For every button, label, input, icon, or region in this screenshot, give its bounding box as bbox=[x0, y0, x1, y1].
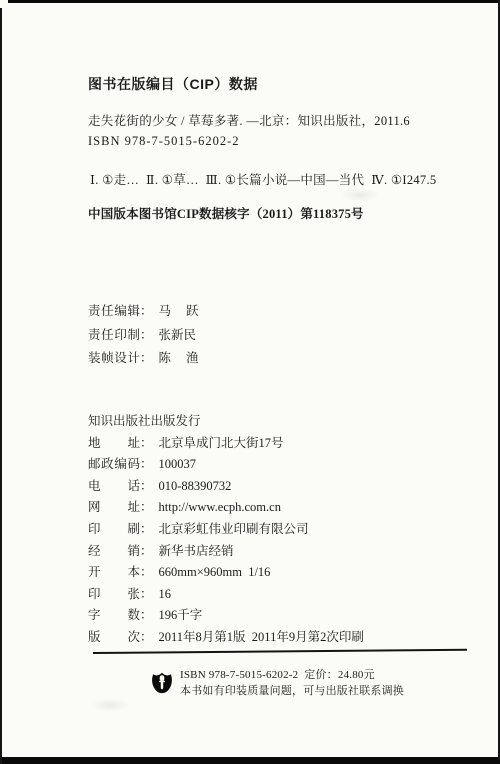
colon: ： bbox=[140, 454, 153, 476]
info-label: 字数 bbox=[88, 605, 140, 627]
isbn-price-line: ISBN 978-7-5015-6202-2 定价：24.80元 bbox=[180, 667, 404, 683]
info-value: 北京阜成门北大街17号 bbox=[159, 436, 284, 450]
info-value: 196千字 bbox=[159, 608, 203, 622]
colon: ： bbox=[140, 605, 153, 627]
info-row-address: 地址：北京阜成门北大街17号 bbox=[88, 433, 364, 455]
info-value: http://www.ecph.com.cn bbox=[159, 500, 281, 514]
info-value: 16 bbox=[159, 587, 172, 601]
info-label: 地址 bbox=[88, 433, 140, 455]
info-label: 版次 bbox=[88, 627, 140, 649]
info-value: 新华书店经销 bbox=[159, 544, 234, 558]
staff-row-printing: 责任印制：张新民 bbox=[88, 324, 199, 348]
info-label: 印刷 bbox=[88, 519, 140, 541]
colon: ： bbox=[140, 433, 153, 455]
colon: ： bbox=[140, 300, 153, 324]
colon: ： bbox=[140, 541, 153, 563]
scan-edge-top bbox=[8, 0, 500, 3]
info-label: 邮政编码 bbox=[88, 454, 140, 476]
info-row-website: 网址：http://www.ecph.com.cn bbox=[88, 497, 364, 519]
staff-label: 责任印制 bbox=[88, 324, 140, 348]
colon: ： bbox=[140, 627, 153, 649]
publisher-name-line: 知识出版社出版发行 bbox=[88, 411, 364, 433]
info-label: 印张 bbox=[88, 584, 140, 606]
cip-record-line: 中国版本图书馆CIP数据核字（2011）第118375号 bbox=[88, 204, 364, 222]
info-value: 010-88390732 bbox=[159, 479, 232, 493]
info-row-distribution: 经销：新华书店经销 bbox=[88, 541, 364, 563]
staff-row-editor: 责任编辑：马跃 bbox=[88, 300, 199, 324]
quality-note-line: 本书如有印装质量问题，可与出版社联系调换 bbox=[180, 683, 404, 699]
info-row-sheets: 印张：16 bbox=[88, 584, 364, 606]
colon: ： bbox=[140, 497, 153, 519]
colon: ： bbox=[140, 562, 153, 584]
info-row-edition: 版次：2011年8月第1版 2011年9月第2次印刷 bbox=[88, 627, 364, 649]
scan-smudge bbox=[340, 188, 380, 202]
classification-line: Ⅰ. ①走… Ⅱ. ①草… Ⅲ. ①长篇小说—中国—当代 Ⅳ. ①I247.5 bbox=[90, 170, 436, 188]
staff-block: 责任编辑：马跃 责任印制：张新民 装帧设计：陈渔 bbox=[88, 300, 199, 371]
staff-label: 责任编辑 bbox=[88, 300, 140, 324]
colon: ： bbox=[140, 347, 153, 371]
book-copyright-page: 图书在版编目（CIP）数据 走失花街的少女 / 草莓多著. —北京：知识出版社，… bbox=[0, 0, 500, 764]
colon: ： bbox=[140, 584, 153, 606]
info-label: 开本 bbox=[88, 562, 140, 584]
staff-value: 陈渔 bbox=[159, 347, 199, 371]
info-value: 100037 bbox=[159, 457, 197, 471]
staff-value: 马跃 bbox=[159, 300, 199, 324]
colon: ： bbox=[140, 324, 153, 348]
info-row-wordcount: 字数：196千字 bbox=[88, 605, 364, 627]
info-value: 660mm×960mm 1/16 bbox=[159, 565, 271, 579]
info-label: 电话 bbox=[88, 476, 140, 498]
cip-header: 图书在版编目（CIP）数据 bbox=[88, 74, 258, 94]
staff-row-design: 装帧设计：陈渔 bbox=[88, 347, 199, 371]
info-value: 北京彩虹伟业印刷有限公司 bbox=[159, 522, 309, 536]
scan-edge-left bbox=[0, 8, 2, 764]
isbn-line: ISBN 978-7-5015-6202-2 bbox=[88, 134, 240, 149]
colophon-text: ISBN 978-7-5015-6202-2 定价：24.80元 本书如有印装质… bbox=[180, 667, 404, 699]
divider-rule bbox=[93, 649, 467, 654]
book-title-line: 走失花街的少女 / 草莓多著. —北京：知识出版社，2011.6 bbox=[88, 111, 410, 129]
staff-value: 张新民 bbox=[159, 328, 197, 342]
info-label: 经销 bbox=[88, 541, 140, 563]
info-row-phone: 电话：010-88390732 bbox=[88, 476, 364, 498]
scan-smudge bbox=[90, 698, 130, 712]
info-row-format: 开本：660mm×960mm 1/16 bbox=[88, 562, 364, 584]
publisher-torch-badge-icon bbox=[151, 670, 173, 694]
scan-edge-bottom bbox=[0, 757, 500, 764]
info-row-postcode: 邮政编码：100037 bbox=[88, 454, 364, 476]
colon: ： bbox=[140, 476, 153, 498]
info-label: 网址 bbox=[88, 497, 140, 519]
colon: ： bbox=[140, 519, 153, 541]
staff-label: 装帧设计 bbox=[88, 347, 140, 371]
publisher-block: 知识出版社出版发行 地址：北京阜成门北大街17号 邮政编码：100037 电话：… bbox=[88, 411, 364, 649]
info-value: 2011年8月第1版 2011年9月第2次印刷 bbox=[159, 630, 364, 644]
info-row-printer: 印刷：北京彩虹伟业印刷有限公司 bbox=[88, 519, 364, 541]
